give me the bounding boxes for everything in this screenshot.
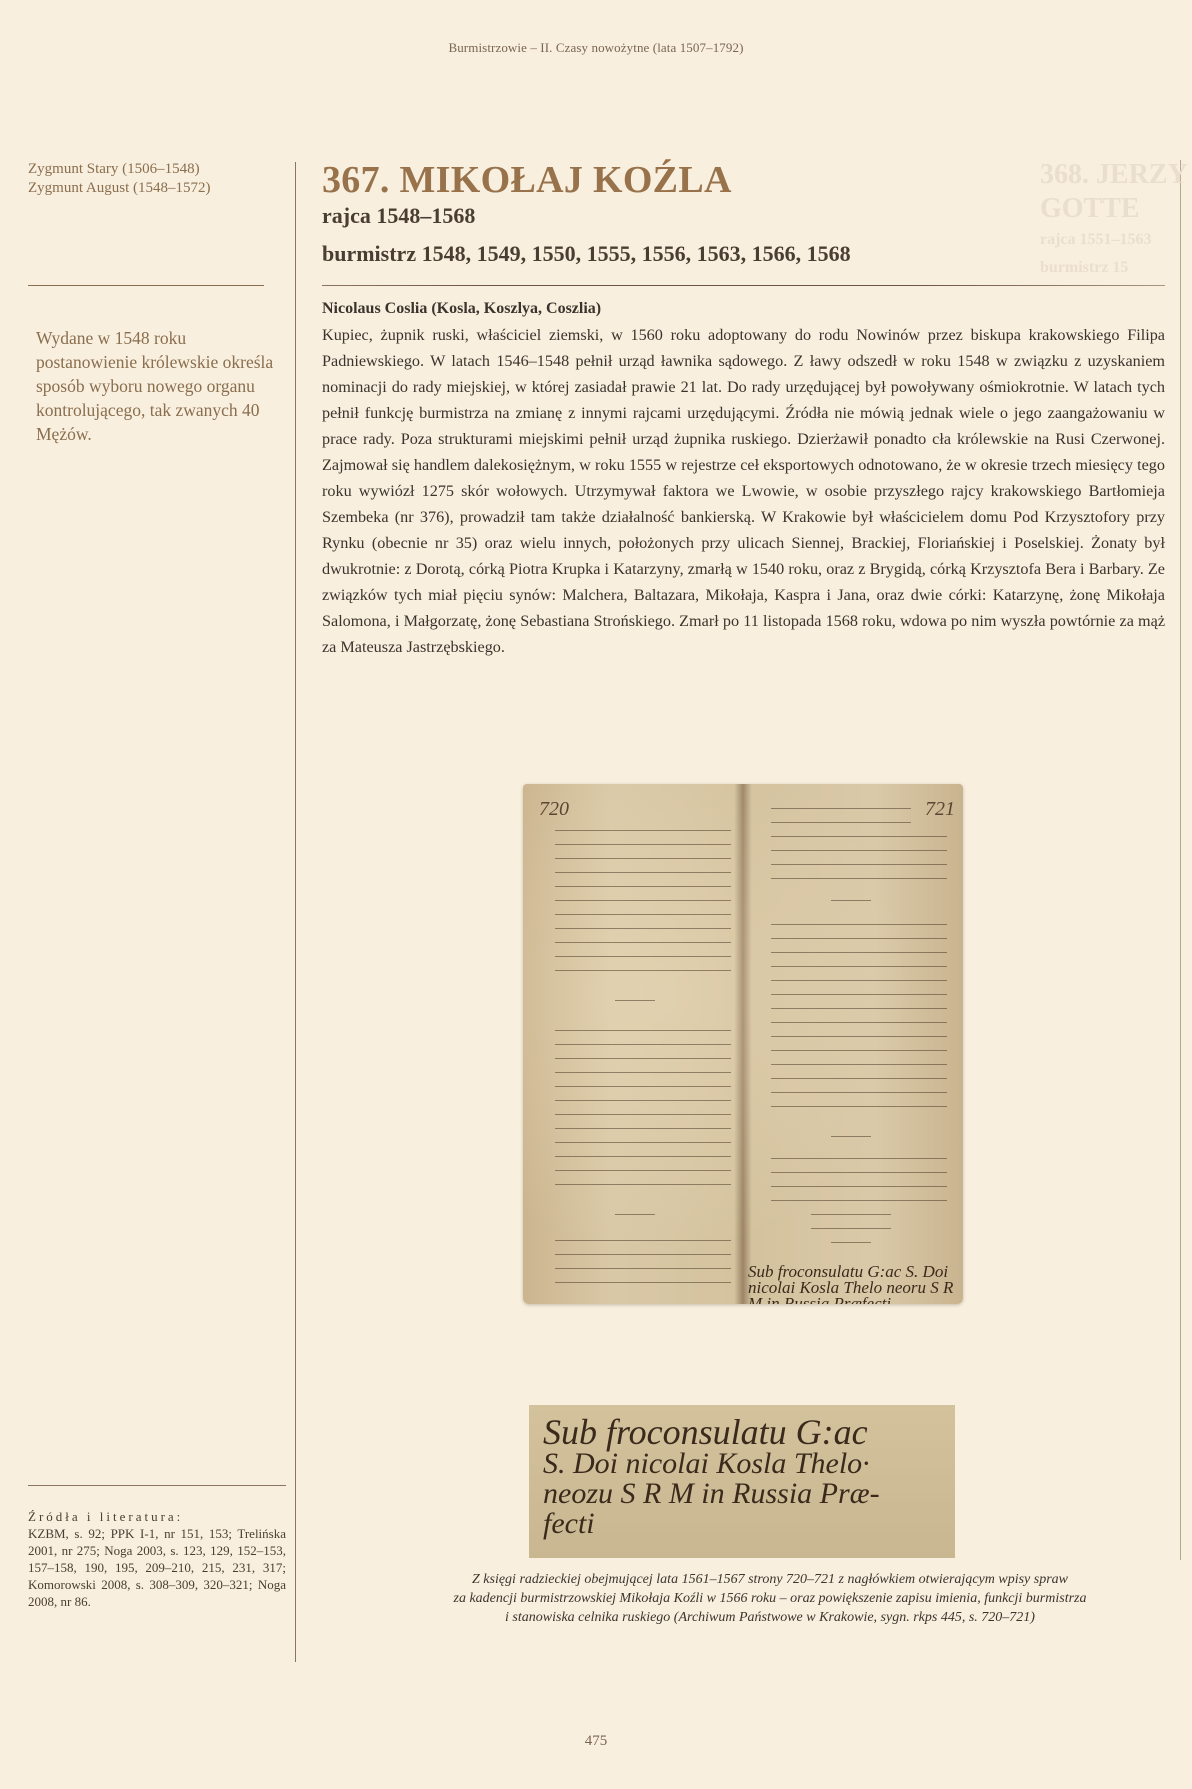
caption-line: i stanowiska celnika ruskiego (Archiwum … xyxy=(380,1608,1160,1627)
manuscript-subscription: Sub froconsulatu G:ac S. Doi nicolai Kos… xyxy=(748,1264,958,1304)
page-edge-divider xyxy=(1180,160,1181,1560)
sources-divider xyxy=(28,1485,286,1486)
header-divider xyxy=(322,285,1165,286)
column-divider xyxy=(295,162,296,1662)
sources-heading: Źródła i literatura: xyxy=(28,1508,286,1525)
inscription-line: S. Doi nicolai Kosla Thelo· xyxy=(543,1449,941,1479)
sidebar-note: Wydane w 1548 roku postanowienie królews… xyxy=(36,326,288,446)
manuscript-page-right: 721 xyxy=(751,794,951,1294)
entry-councillor-years: rajca 1548–1568 xyxy=(322,202,475,230)
caption-line: za kadencji burmistrzowskiej Mikołaja Ko… xyxy=(380,1589,1160,1608)
entry-mayor-years: burmistrz 1548, 1549, 1550, 1555, 1556, … xyxy=(322,240,851,268)
reign-item: Zygmunt Stary (1506–1548) xyxy=(28,160,288,179)
reign-item: Zygmunt August (1548–1572) xyxy=(28,179,288,198)
figure-caption: Z księgi radzieckiej obejmującej lata 15… xyxy=(380,1570,1160,1627)
show-through-text: 368. JERZY GOTTE rajca 1551–1563 burmist… xyxy=(1040,158,1192,282)
ghost-line: rajca 1551–1563 xyxy=(1040,226,1192,254)
manuscript-photo: 720 721 Sub froconsulatu xyxy=(523,784,963,1304)
manuscript-page-left: 720 xyxy=(535,794,735,1294)
latin-name: Nicolaus Coslia (Kosla, Koszlya, Coszlia… xyxy=(322,300,601,318)
reign-list: Zygmunt Stary (1506–1548) Zygmunt August… xyxy=(28,160,288,198)
inscription-line: neozu S R M in Russia Præ- xyxy=(543,1479,941,1509)
running-head: Burmistrzowie – II. Czasy nowożytne (lat… xyxy=(0,40,1192,56)
entry-title: 367. MIKOŁAJ KOŹLA xyxy=(322,158,732,202)
page-number: 475 xyxy=(0,1733,1192,1750)
sidebar-divider xyxy=(28,285,264,286)
inscription-line: fecti xyxy=(543,1509,941,1539)
sources-text: KZBM, s. 92; PPK I-1, nr 151, 153; Treli… xyxy=(28,1526,286,1609)
ghost-line: burmistrz 15 xyxy=(1040,254,1192,282)
folio-number: 720 xyxy=(539,798,569,821)
enlarged-inscription: Sub froconsulatu G:ac S. Doi nicolai Kos… xyxy=(529,1405,955,1558)
biography: Kupiec, żupnik ruski, właściciel ziemski… xyxy=(322,322,1165,660)
ghost-title: 368. JERZY GOTTE xyxy=(1040,158,1192,226)
sources-block: Źródła i literatura: KZBM, s. 92; PPK I-… xyxy=(28,1508,286,1610)
folio-number: 721 xyxy=(925,798,955,821)
caption-line: Z księgi radzieckiej obejmującej lata 15… xyxy=(380,1570,1160,1589)
inscription-line: Sub froconsulatu G:ac xyxy=(543,1415,941,1449)
